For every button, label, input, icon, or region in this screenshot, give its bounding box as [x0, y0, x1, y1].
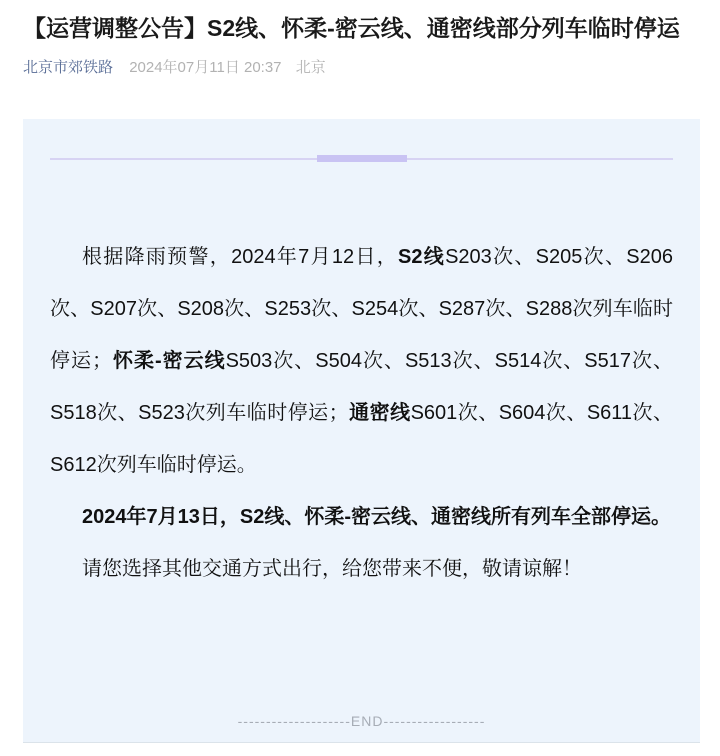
publish-location: 北京 — [296, 59, 326, 76]
body-paragraph: 2024年7月13日，S2线、怀柔-密云线、通密线所有列车全部停运。 — [50, 491, 673, 543]
end-marker: --------------------END-----------------… — [23, 711, 700, 731]
body-text-bold-run: 2024年7月13日，S2线、怀柔-密云线、通密线所有列车全部停运。 — [82, 506, 671, 528]
body-text-bold-run: 通密线 — [349, 402, 411, 424]
account-name-link[interactable]: 北京市郊铁路 — [23, 59, 113, 76]
announcement-card: 根据降雨预警，2024年7月12日，S2线S203次、S205次、S206次、S… — [23, 119, 700, 743]
divider-accent-bar — [317, 155, 407, 162]
body-paragraph: 请您选择其他交通方式出行，给您带来不便，敬请谅解！ — [50, 543, 673, 595]
body-text-run: 请您选择其他交通方式出行，给您带来不便，敬请谅解！ — [82, 558, 582, 580]
body-text-run: 根据降雨预警，2024年7月12日， — [82, 246, 398, 268]
body-text-bold-run: 怀柔-密云线 — [112, 350, 226, 372]
body-text-bold-run: S2线 — [398, 246, 445, 268]
decorative-divider — [50, 155, 673, 162]
article-body: 根据降雨预警，2024年7月12日，S2线S203次、S205次、S206次、S… — [50, 231, 673, 595]
article-title: 【运营调整公告】S2线、怀柔-密云线、通密线部分列车临时停运 — [23, 12, 700, 44]
publish-date: 2024年07月11日 20:37 — [129, 59, 281, 76]
article-page: 【运营调整公告】S2线、怀柔-密云线、通密线部分列车临时停运 北京市郊铁路 20… — [0, 0, 720, 743]
body-paragraph: 根据降雨预警，2024年7月12日，S2线S203次、S205次、S206次、S… — [50, 231, 673, 491]
article-meta: 北京市郊铁路 2024年07月11日 20:37 北京 — [23, 58, 700, 78]
